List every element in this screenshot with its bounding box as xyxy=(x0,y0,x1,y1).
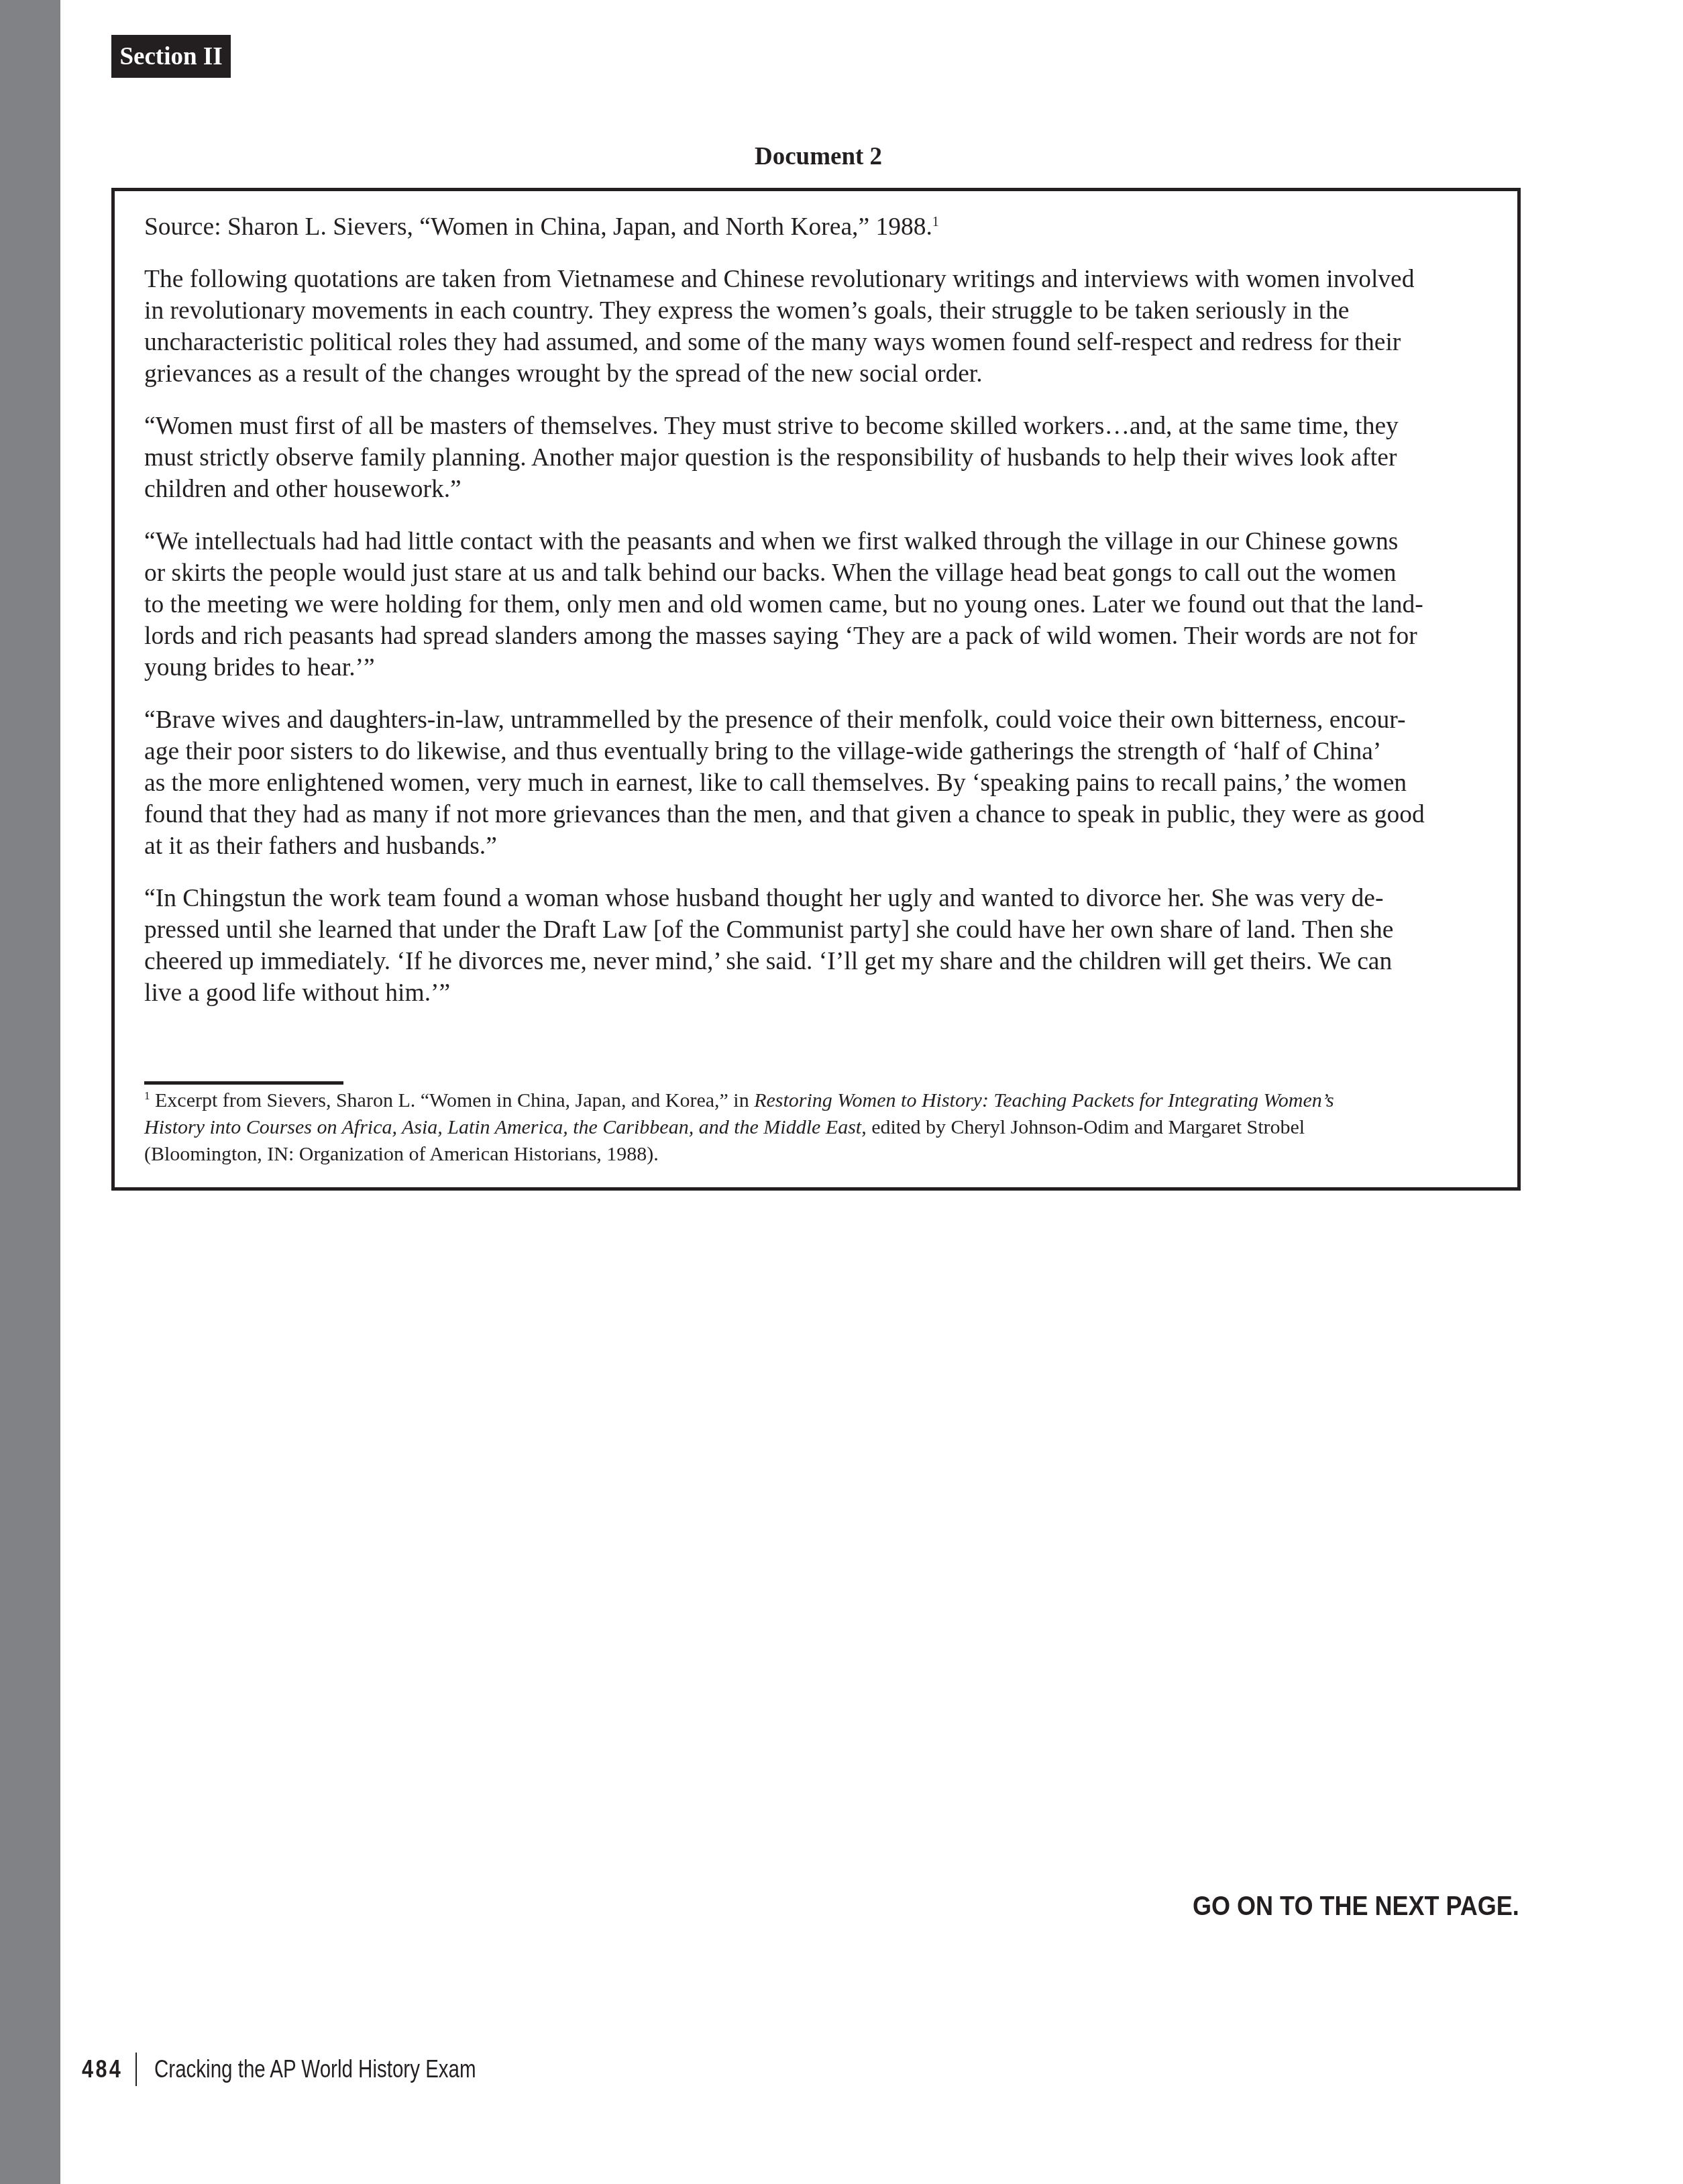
text-line: “Women must first of all be masters of t… xyxy=(144,411,1490,442)
footnote-marker: 1 xyxy=(144,1089,150,1102)
footnote-text: , edited by Cheryl Johnson-Odim and Marg… xyxy=(861,1116,1305,1138)
footer-divider xyxy=(135,2053,137,2086)
text-line: uncharacteristic political roles they ha… xyxy=(144,327,1490,358)
footnote-line: 1 Excerpt from Sievers, Sharon L. “Women… xyxy=(144,1087,1490,1114)
source-citation: Source: Sharon L. Sievers, “Women in Chi… xyxy=(144,213,932,241)
quote-paragraph: “Women must first of all be masters of t… xyxy=(144,411,1490,505)
text-line: cheered up immediately. ‘If he divorces … xyxy=(144,946,1490,977)
text-line: live a good life without him.’” xyxy=(144,977,1490,1009)
text-line: “Brave wives and daughters-in-law, untra… xyxy=(144,704,1490,736)
page-number: 484 xyxy=(82,2055,123,2083)
text-line: age their poor sisters to do likewise, a… xyxy=(144,736,1490,767)
text-line: or skirts the people would just stare at… xyxy=(144,557,1490,589)
text-line: in revolutionary movements in each count… xyxy=(144,295,1490,327)
quote-paragraph: “Brave wives and daughters-in-law, untra… xyxy=(144,704,1490,862)
document-body: Source: Sharon L. Sievers, “Women in Chi… xyxy=(144,211,1490,1030)
page-footer: 484 Cracking the AP World History Exam xyxy=(82,2051,547,2087)
footnote-book-title: History into Courses on Africa, Asia, La… xyxy=(144,1116,861,1138)
text-line: lords and rich peasants had spread sland… xyxy=(144,620,1490,652)
book-title: Cracking the AP World History Exam xyxy=(154,2055,476,2083)
text-line: grievances as a result of the changes wr… xyxy=(144,358,1490,390)
text-line: found that they had as many if not more … xyxy=(144,799,1490,830)
footnote-text: (Bloomington, IN: Organization of Americ… xyxy=(144,1143,659,1165)
footnote-line: (Bloomington, IN: Organization of Americ… xyxy=(144,1141,1490,1168)
text-line: The following quotations are taken from … xyxy=(144,264,1490,295)
section-label: Section II xyxy=(119,42,222,71)
footnote-reference: 1 xyxy=(932,215,939,229)
footnote: 1 Excerpt from Sievers, Sharon L. “Women… xyxy=(144,1087,1490,1168)
text-line: “We intellectuals had had little contact… xyxy=(144,526,1490,557)
text-line: must strictly observe family planning. A… xyxy=(144,442,1490,474)
source-line: Source: Sharon L. Sievers, “Women in Chi… xyxy=(144,211,1490,243)
quote-paragraph: “In Chingstun the work team found a woma… xyxy=(144,883,1490,1009)
text-line: to the meeting we were holding for them,… xyxy=(144,589,1490,620)
footnote-text: Excerpt from Sievers, Sharon L. “Women i… xyxy=(150,1089,755,1111)
document-title: Document 2 xyxy=(0,142,1637,171)
page-edge-bar xyxy=(0,0,60,2184)
next-page-prompt: GO ON TO THE NEXT PAGE. xyxy=(1193,1892,1519,1922)
text-line: at it as their fathers and husbands.” xyxy=(144,830,1490,862)
text-line: as the more enlightened women, very much… xyxy=(144,767,1490,799)
footnote-book-title: Restoring Women to History: Teaching Pac… xyxy=(754,1089,1334,1111)
text-line: pressed until she learned that under the… xyxy=(144,914,1490,946)
text-line: children and other housework.” xyxy=(144,474,1490,505)
intro-paragraph: The following quotations are taken from … xyxy=(144,264,1490,390)
quote-paragraph: “We intellectuals had had little contact… xyxy=(144,526,1490,684)
text-line: “In Chingstun the work team found a woma… xyxy=(144,883,1490,914)
text-line: young brides to hear.’” xyxy=(144,652,1490,684)
section-badge: Section II xyxy=(111,35,231,78)
footnote-divider xyxy=(144,1081,343,1085)
document-title-text: Document 2 xyxy=(755,143,882,170)
footnote-line: History into Courses on Africa, Asia, La… xyxy=(144,1114,1490,1141)
document-box: Source: Sharon L. Sievers, “Women in Chi… xyxy=(111,188,1521,1191)
